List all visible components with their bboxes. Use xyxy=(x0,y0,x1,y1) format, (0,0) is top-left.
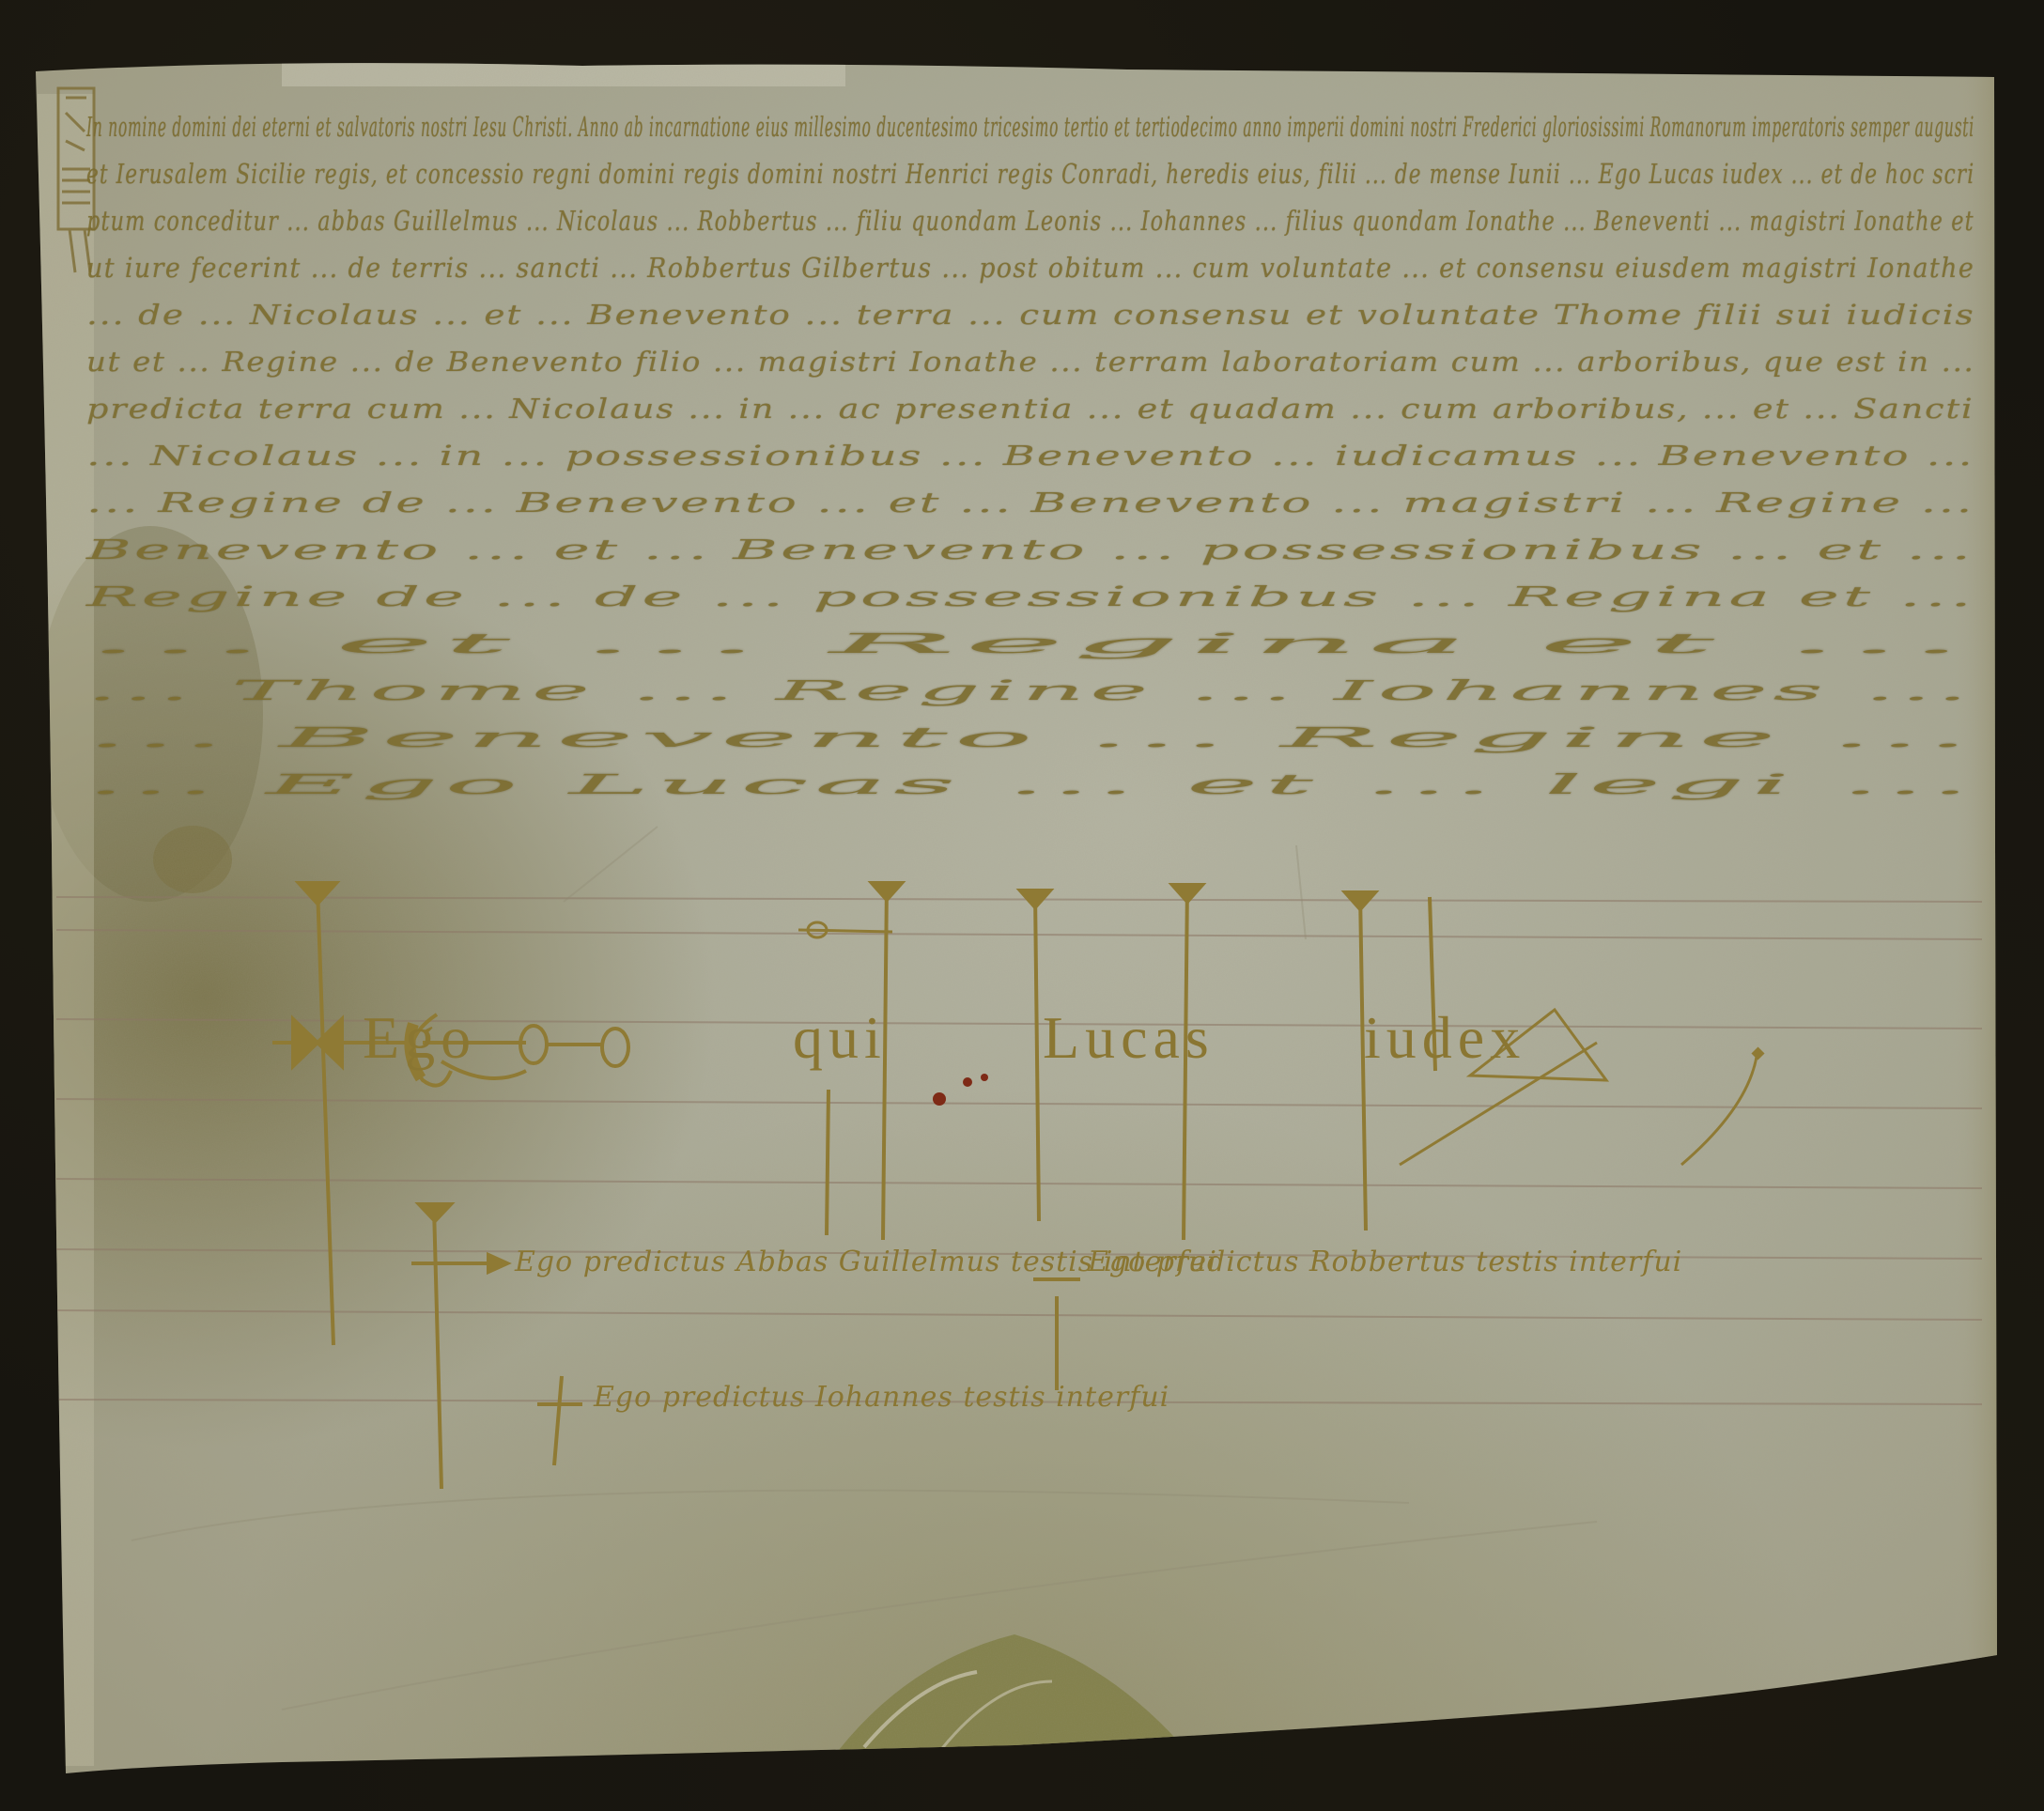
text-line: ... Thome ... Regine ... Iohannes ... xyxy=(86,674,1973,706)
text-line: predicta terra cum ... Nicolaus ... in .… xyxy=(86,393,1974,425)
text-line: ... de ... Nicolaus ... et ... Benevento… xyxy=(86,299,1975,331)
text-line: ... et ... Regina et ... xyxy=(86,627,1972,659)
text-line: ut et ... Regine ... de Benevento filio … xyxy=(86,346,1974,378)
photo-stage: In nomine domini dei eterni et salvatori… xyxy=(0,0,2044,1811)
notary-ego: Ego xyxy=(363,1003,476,1073)
text-line: et Ierusalem Sicilie regis, et concessio… xyxy=(86,158,1974,190)
text-line: ptum conceditur ... abbas Guillelmus ...… xyxy=(86,205,1974,237)
witness-subscription: Ego predictus Robbertus testis interfui xyxy=(1088,1246,1682,1278)
notary-name: Lucas xyxy=(1043,1003,1215,1073)
text-line: ... Regine de ... Benevento ... et ... B… xyxy=(86,487,1974,519)
notary-qui: qui xyxy=(793,1003,887,1073)
text-line: ... Ego Lucas ... et ... legi ... xyxy=(86,768,1975,800)
text-line: ... Nicolaus ... in ... possessionibus .… xyxy=(86,440,1974,472)
text-line: Regine de ... de ... possessionibus ... … xyxy=(86,580,1975,612)
witness-subscription: Ego predictus Iohannes testis interfui xyxy=(594,1381,1169,1414)
notary-title: iudex xyxy=(1364,1003,1525,1073)
text-line: ... Benevento ... Regine ... xyxy=(86,721,1975,753)
text-line: In nomine domini dei eterni et salvatori… xyxy=(86,111,1974,143)
text-line: Benevento ... et ... Benevento ... posse… xyxy=(86,534,1974,565)
text-line: ut iure fecerint ... de terris ... sanct… xyxy=(86,252,1974,284)
